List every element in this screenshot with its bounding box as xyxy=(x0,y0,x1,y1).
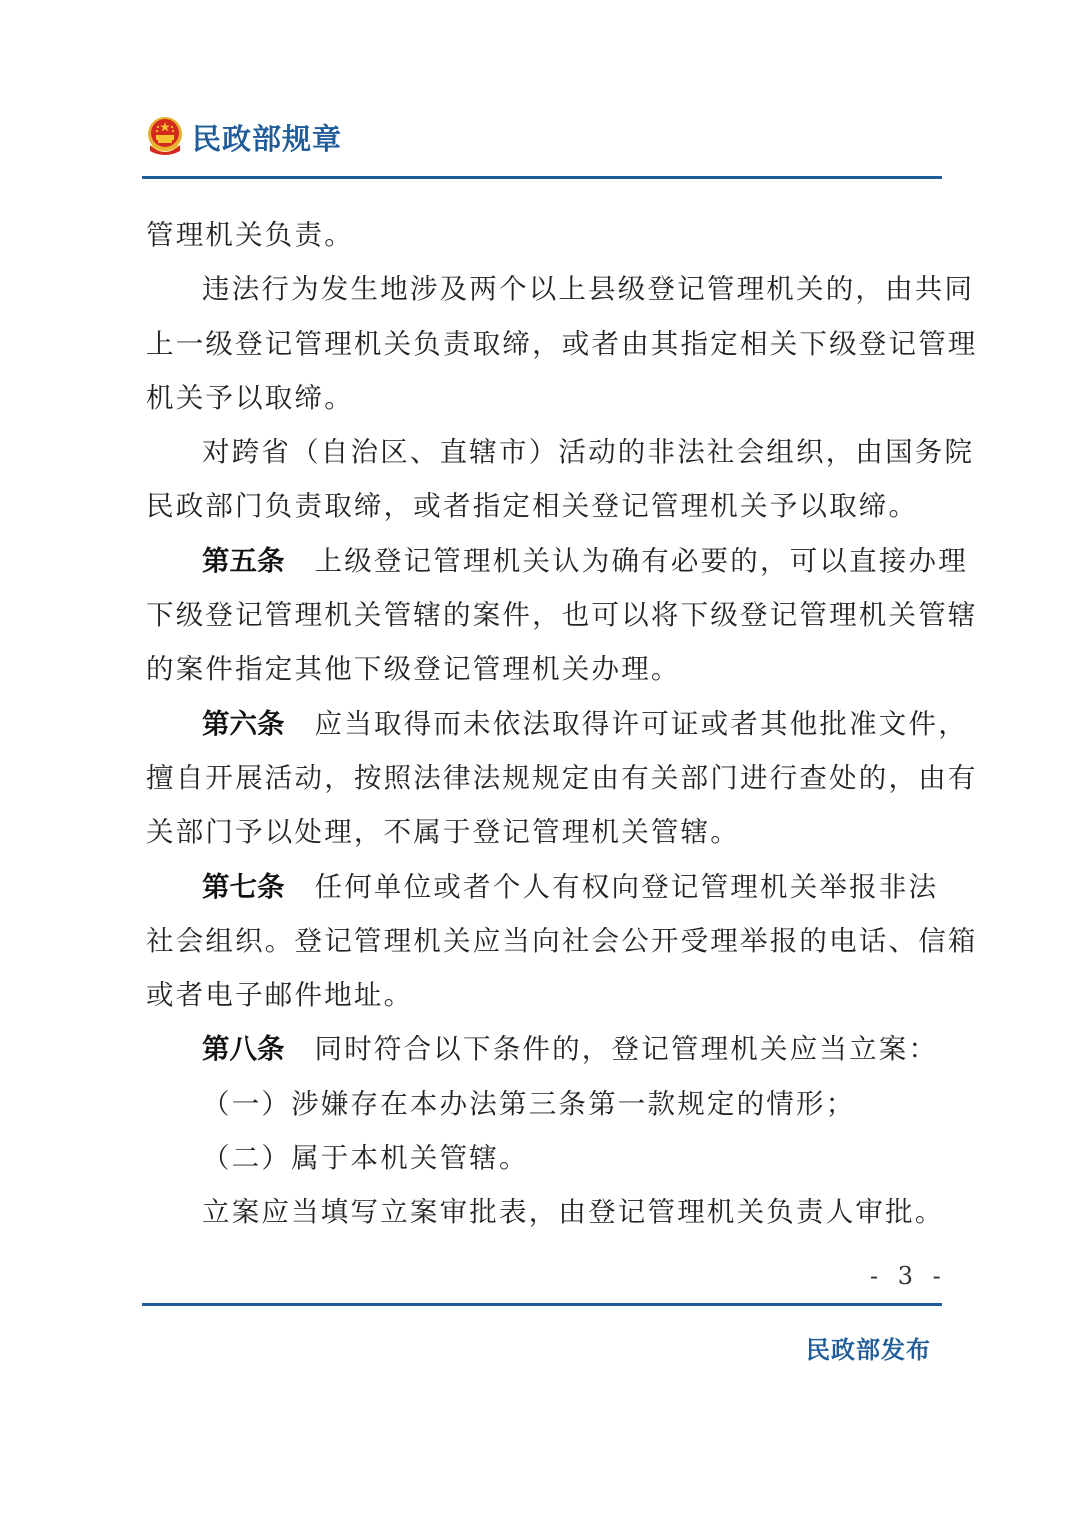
article-5-line: 第五条上级登记管理机关认为确有必要的，可以直接办理 xyxy=(146,534,942,588)
list-item: （二）属于本机关管辖。 xyxy=(146,1131,942,1185)
line-text: 擅自开展活动，按照法律法规规定由有关部门进行查处的，由有 xyxy=(146,762,978,794)
text-line: 立案应当填写立案审批表，由登记管理机关负责人审批。 xyxy=(146,1185,942,1239)
line-text: （一）涉嫌存在本办法第三条第一款规定的情形； xyxy=(202,1088,855,1120)
text-line: 或者电子邮件地址。 xyxy=(146,968,942,1022)
line-text: 或者电子邮件地址。 xyxy=(146,979,413,1011)
line-text: 任何单位或者个人有权向登记管理机关举报非法 xyxy=(315,871,939,903)
text-line: 民政部门负责取缔，或者指定相关登记管理机关予以取缔。 xyxy=(146,479,942,533)
line-text: 机关予以取缔。 xyxy=(146,382,354,414)
article-heading: 第七条 xyxy=(202,871,285,903)
text-line: 关部门予以处理，不属于登记管理机关管辖。 xyxy=(146,805,942,859)
footer-divider xyxy=(142,1303,942,1306)
line-text: 下级登记管理机关管辖的案件，也可以将下级登记管理机关管辖 xyxy=(146,599,978,631)
article-6-line: 第六条应当取得而未依法取得许可证或者其他批准文件， xyxy=(146,697,942,751)
header-title: 民政部规章 xyxy=(192,117,342,158)
text-line: 机关予以取缔。 xyxy=(146,371,942,425)
text-line: 对跨省（自治区、直辖市）活动的非法社会组织，由国务院 xyxy=(146,425,942,479)
line-text: （二）属于本机关管辖。 xyxy=(202,1142,529,1174)
text-line: 违法行为发生地涉及两个以上县级登记管理机关的，由共同 xyxy=(146,262,942,316)
text-line: 擅自开展活动，按照法律法规规定由有关部门进行查处的，由有 xyxy=(146,751,942,805)
line-text: 上级登记管理机关认为确有必要的，可以直接办理 xyxy=(315,545,968,577)
line-text: 关部门予以处理，不属于登记管理机关管辖。 xyxy=(146,816,740,848)
text-line: 社会组织。登记管理机关应当向社会公开受理举报的电话、信箱 xyxy=(146,914,942,968)
line-text: 社会组织。登记管理机关应当向社会公开受理举报的电话、信箱 xyxy=(146,925,978,957)
line-text: 违法行为发生地涉及两个以上县级登记管理机关的，由共同 xyxy=(202,273,974,305)
list-item: （一）涉嫌存在本办法第三条第一款规定的情形； xyxy=(146,1077,942,1131)
text-line: 的案件指定其他下级登记管理机关办理。 xyxy=(146,642,942,696)
article-8-line: 第八条同时符合以下条件的，登记管理机关应当立案： xyxy=(146,1022,942,1076)
footer-publisher: 民政部发布 xyxy=(806,1330,931,1365)
text-line: 下级登记管理机关管辖的案件，也可以将下级登记管理机关管辖 xyxy=(146,588,942,642)
page-header: 民政部规章 xyxy=(146,114,342,160)
article-7-line: 第七条任何单位或者个人有权向登记管理机关举报非法 xyxy=(146,860,942,914)
text-line: 上一级登记管理机关负责取缔，或者由其指定相关下级登记管理 xyxy=(146,317,942,371)
line-text: 同时符合以下条件的，登记管理机关应当立案： xyxy=(315,1033,939,1065)
line-text: 的案件指定其他下级登记管理机关办理。 xyxy=(146,653,681,685)
line-text: 应当取得而未依法取得许可证或者其他批准文件， xyxy=(315,708,968,740)
line-text: 立案应当填写立案审批表，由登记管理机关负责人审批。 xyxy=(202,1196,945,1228)
header-divider xyxy=(142,176,942,179)
page-number: - 3 - xyxy=(870,1262,947,1290)
national-emblem-icon xyxy=(146,115,184,159)
article-heading: 第六条 xyxy=(202,708,285,740)
line-text: 民政部门负责取缔，或者指定相关登记管理机关予以取缔。 xyxy=(146,490,918,522)
line-text: 对跨省（自治区、直辖市）活动的非法社会组织，由国务院 xyxy=(202,436,974,468)
article-heading: 第五条 xyxy=(202,545,285,577)
article-heading: 第八条 xyxy=(202,1033,285,1065)
line-text: 上一级登记管理机关负责取缔，或者由其指定相关下级登记管理 xyxy=(146,328,978,360)
document-body: 管理机关负责。 违法行为发生地涉及两个以上县级登记管理机关的，由共同 上一级登记… xyxy=(146,208,942,1240)
text-line: 管理机关负责。 xyxy=(146,208,942,262)
line-text: 管理机关负责。 xyxy=(146,219,354,251)
